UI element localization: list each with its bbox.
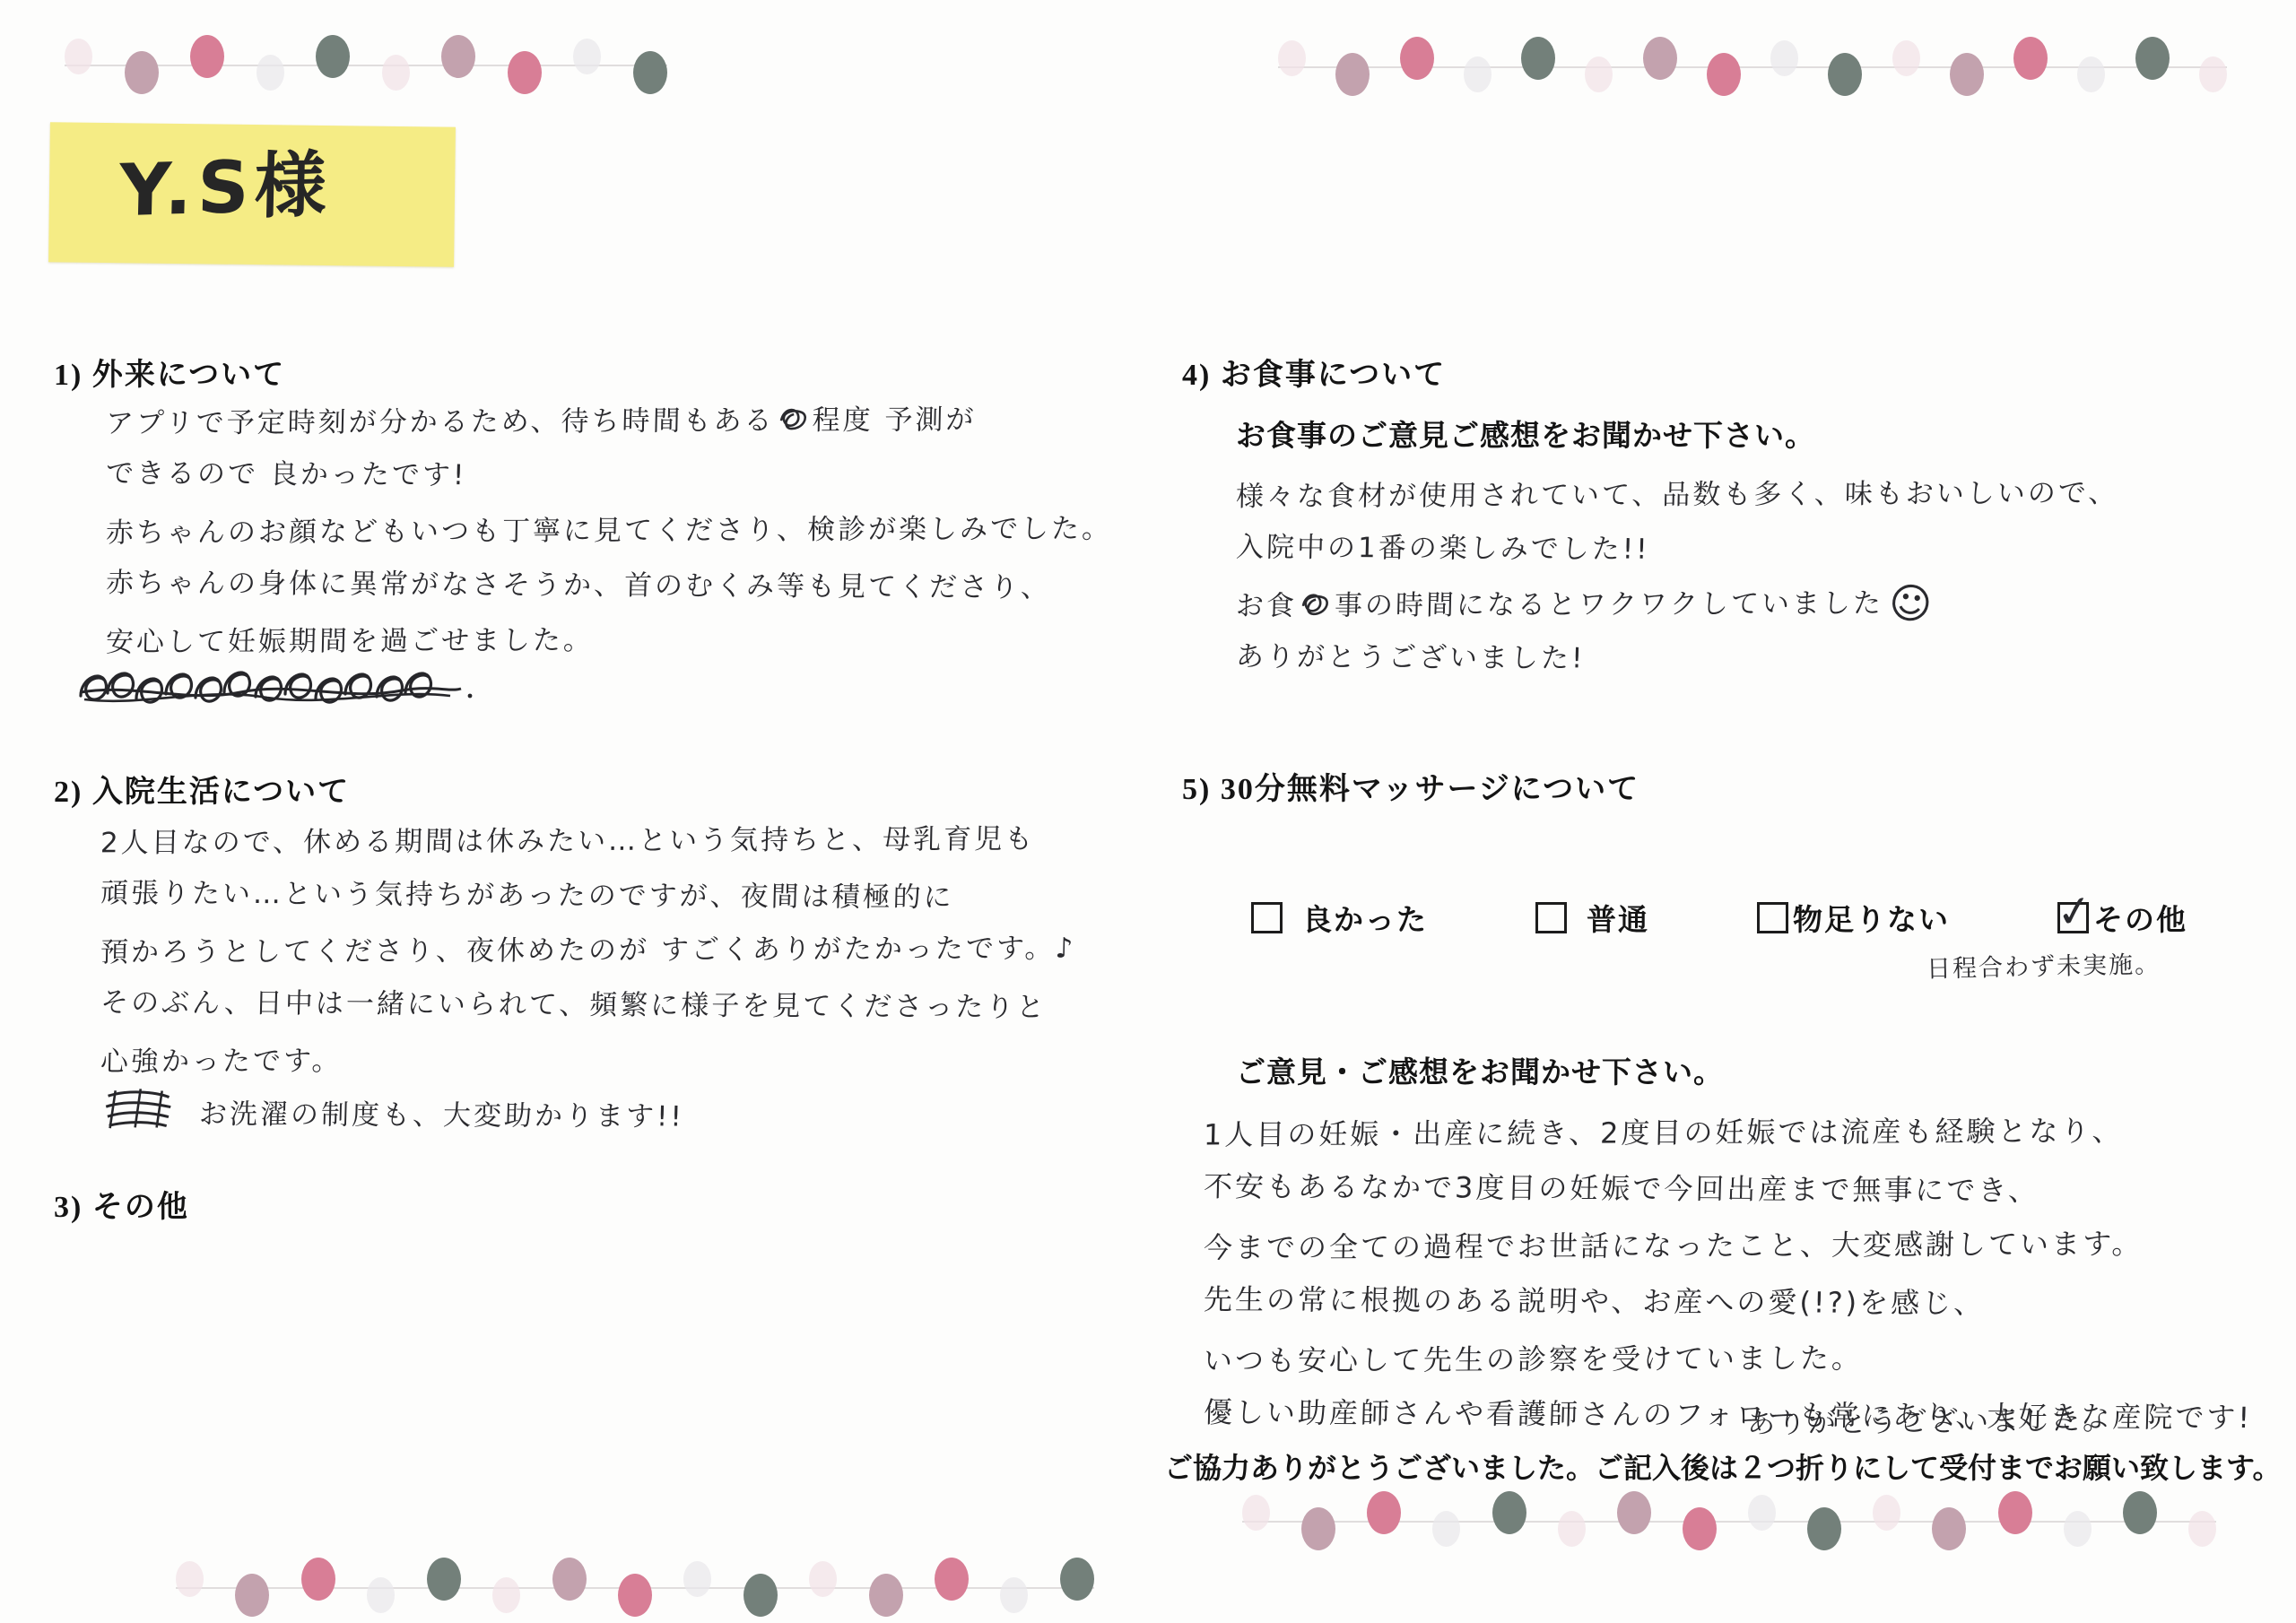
section-5-heading: 5) 30分無料マッサージについて: [1182, 764, 1639, 808]
section-4-answer: 様々な食材が使用されていて、品数も多く、味もおいしいので、 入院中の1番の楽しみ…: [1236, 468, 2118, 687]
garland-dot: [382, 55, 410, 91]
garland-dot: [1770, 40, 1798, 76]
section-4-prompt: お食事のご意見ご感想をお聞かせ下さい。: [1236, 412, 1815, 455]
handwritten-line: できるので 良かったです!: [105, 447, 1112, 507]
garland-dot: [1558, 1511, 1586, 1547]
handwritten-line: お洗濯の制度も、大変助かります!!: [100, 1085, 1076, 1145]
garland-dot: [1707, 53, 1741, 96]
other-option-note: 日程合わず未実施。: [1926, 944, 2161, 984]
handwritten-line: アプリで予定時刻が分かるため、待ち時間もある程度 予測が: [105, 393, 1112, 452]
handwritten-line: 頑張りたい…という気持ちがあったのですが、夜間は積極的に: [100, 866, 1076, 926]
handwritten-line: 様々な食材が使用されていて、品数も多く、味もおいしいので、: [1235, 466, 2119, 525]
checkbox: [1757, 902, 1788, 933]
garland-dot: [508, 51, 542, 94]
section-4-heading: 4) お食事について: [1182, 350, 1446, 394]
garland-dot: [1617, 1491, 1651, 1534]
handwritten-text: 事の時間になるとワクワクしていました: [1335, 587, 1884, 622]
garland-dot: [257, 55, 284, 91]
dot-garland-top-left: [65, 36, 667, 93]
garland-dot: [1400, 37, 1434, 80]
handwritten-text: アプリで予定時刻が分かるため、待ち時間もある: [106, 404, 775, 439]
checkbox: [1251, 902, 1283, 933]
handwritten-line: 赤ちゃんのお顔などもいつも丁寧に見てくださり、検診が楽しみでした。: [105, 502, 1112, 561]
handwritten-line: 入院中の1番の楽しみでした!!: [1235, 520, 2119, 579]
garland-dot: [2135, 37, 2170, 80]
garland-dot: [1242, 1495, 1270, 1531]
section-2-answer: 2人目なので、休める期間は休みたい…という気持ちと、母乳育児も 頑張りたい…とい…: [100, 814, 1075, 1142]
garland-dot: [1950, 53, 1984, 96]
garland-dot: [1000, 1577, 1028, 1613]
garland-dot: [1683, 1507, 1717, 1550]
handwritten-line: 心強かったです。: [100, 1031, 1076, 1090]
garland-dot: [869, 1574, 903, 1617]
handwritten-line: 不安もあるなかで3度目の妊娠で今回出産まで無事にでき、: [1203, 1159, 2253, 1220]
hand-drawn-smiley: ☺: [1884, 574, 1935, 634]
footer-instruction: ご協力ありがとうございました。ご記入後は２つ折りにして受付までお願い致します。: [1164, 1445, 2281, 1487]
garland-dot: [1585, 56, 1613, 92]
garland-dot: [552, 1558, 587, 1601]
handwritten-line: 1人目の妊娠・出産に続き、2度目の妊娠では流産も経験となり、: [1203, 1102, 2253, 1163]
garland-dot: [2013, 37, 2048, 80]
handwritten-line: 今までの全ての過程でお世話になったこと、大変感謝しています。: [1203, 1215, 2253, 1276]
dot-garland-top-right: [1278, 38, 2227, 95]
garland-dot: [573, 39, 601, 74]
garland-dot: [1643, 37, 1677, 80]
handwritten-line: ありがとうございました!: [1235, 629, 2119, 689]
ink-blot-scribble: [776, 404, 811, 435]
handwritten-line: 2人目なので、休める期間は休みたい…という気持ちと、母乳育児も: [100, 812, 1076, 872]
handwritten-text: 程度 予測が: [812, 404, 977, 437]
garland-dot: [1335, 53, 1370, 96]
section-2-heading: 2) 入院生活について: [54, 767, 350, 811]
handwritten-line: 預かろうとしてくださり、夜休めたのが すごくありがたかったです。♪: [100, 922, 1076, 981]
handwritten-line: お食事の時間になるとワクワクしていました☺: [1235, 576, 2119, 634]
handwritten-text: お洗濯の制度も、大変助かります!!: [199, 1098, 685, 1133]
garland-dot: [2123, 1491, 2157, 1534]
option-futsuu: 普通: [1535, 897, 1649, 939]
scanned-survey-page: { "colors": { "paper": "#fdfdfc", "ink":…: [0, 0, 2296, 1623]
checkbox-label: 良かった: [1302, 897, 1428, 939]
garland-dot: [935, 1558, 969, 1601]
handwritten-text: お食: [1236, 590, 1298, 622]
garland-dot: [1464, 56, 1492, 92]
handwritten-line: 先生の常に根拠のある説明や、お産への愛(!?)を感じ、: [1203, 1271, 2253, 1333]
garland-dot: [2064, 1511, 2092, 1547]
closing-thanks: ありがとうございました。: [1747, 1397, 2113, 1441]
garland-dot: [2188, 1511, 2216, 1547]
scribbled-out-text: [79, 665, 474, 721]
garland-dot: [744, 1574, 778, 1617]
handwritten-line: いつも安心して先生の診察を受けていました。: [1203, 1328, 2253, 1389]
garland-dot: [1998, 1491, 2032, 1534]
section-1-answer: アプリで予定時刻が分かるため、待ち時間もある程度 予測が できるので 良かったで…: [106, 395, 1112, 668]
garland-dot: [427, 1558, 461, 1601]
garland-dot: [176, 1561, 204, 1597]
checkbox-label: その他: [2093, 897, 2187, 939]
handwritten-line: 安心して妊娠期間を過ごせました。: [105, 612, 1112, 671]
section-1-heading: 1) 外来について: [54, 350, 285, 394]
crossed-out-word: [100, 1085, 177, 1132]
garland-dot: [65, 39, 92, 74]
option-sonota: その他: [2057, 897, 2187, 939]
garland-dot: [441, 35, 475, 78]
checkbox: [2057, 902, 2089, 933]
garland-dot: [809, 1561, 837, 1597]
garland-dot: [1932, 1507, 1966, 1550]
garland-dot: [1432, 1511, 1460, 1547]
garland-dot: [1807, 1507, 1841, 1550]
garland-dot: [1828, 53, 1862, 96]
handwritten-line: そのぶん、日中は一緒にいられて、頻繁に様子を見てくださったりと: [100, 976, 1076, 1036]
massage-rating-options: 良かった 普通 物足りない その他: [1251, 897, 2187, 939]
garland-dot: [1521, 37, 1555, 80]
section-3-heading: 3) その他: [54, 1182, 189, 1226]
garland-dot: [235, 1574, 269, 1617]
option-monotarinai: 物足りない: [1757, 897, 1950, 939]
ink-blot-scribble: [1299, 590, 1334, 621]
garland-dot: [2199, 56, 2227, 92]
garland-dot: [1492, 1491, 1526, 1534]
garland-dot: [492, 1577, 520, 1613]
checkbox-label: 普通: [1587, 897, 1649, 939]
garland-dot: [1060, 1558, 1094, 1601]
garland-dot: [618, 1574, 652, 1617]
garland-dot: [1301, 1507, 1335, 1550]
checkbox-label: 物足りない: [1793, 897, 1950, 939]
garland-dot: [125, 51, 159, 94]
section-5-prompt: ご意見・ご感想をお聞かせ下さい。: [1236, 1049, 1724, 1091]
garland-dot: [316, 35, 350, 78]
garland-dot: [1892, 40, 1920, 76]
handwritten-line: 赤ちゃんの身体に異常がなさそうか、首のむくみ等も見てくださり、: [105, 556, 1112, 616]
option-yokatta: 良かった: [1251, 897, 1428, 939]
dot-garland-bottom-right: [1242, 1492, 2216, 1549]
sticky-note: Y.S様: [48, 122, 456, 267]
section-5-answer: 1人目の妊娠・出産に続き、2度目の妊娠では流産も経験となり、 不安もあるなかで3…: [1204, 1105, 2252, 1444]
garland-dot: [2077, 56, 2105, 92]
garland-dot: [683, 1561, 711, 1597]
checkbox: [1535, 902, 1567, 933]
garland-dot: [1748, 1495, 1776, 1531]
garland-dot: [1873, 1495, 1900, 1531]
patient-initials: Y.S様: [118, 126, 333, 236]
garland-dot: [367, 1577, 395, 1613]
garland-dot: [633, 51, 667, 94]
garland-dot: [301, 1558, 335, 1601]
garland-dot: [1367, 1491, 1401, 1534]
garland-dot: [190, 35, 224, 78]
dot-garland-bottom-left: [176, 1558, 1094, 1616]
garland-dot: [1278, 40, 1306, 76]
